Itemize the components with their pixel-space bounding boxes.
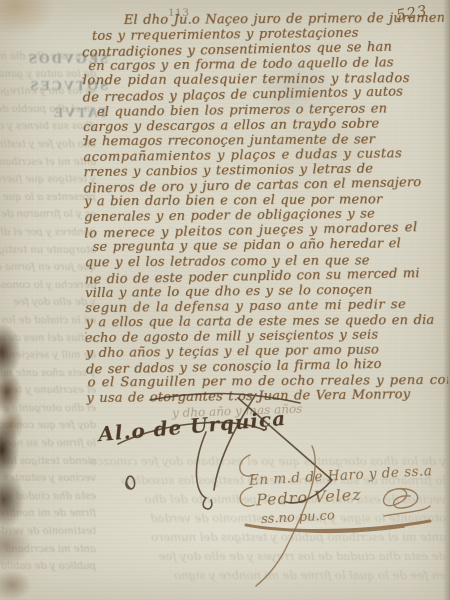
manuscript-line: El dho Ju.o Naçeo juro de primero de jur… [124, 11, 444, 28]
manuscript-text-block: El dho Ju.o Naçeo juro de primero de jur… [82, 10, 449, 407]
bleedthrough-line: de mill y seisçientos [0, 347, 96, 365]
bleedthrough-line: de esta dha ciudad de los rreyes y de el… [58, 547, 446, 566]
bleedthrough-line: el escribano y testigos [0, 382, 96, 400]
bleedthrough-line: doy fee que conozco [0, 417, 96, 435]
bleedthrough-line: lo firmo de su nonbre [0, 435, 96, 453]
bleedthrough-line: ello doy fee y testimonio [0, 136, 96, 154]
bleedthrough-line: que juro en forma de [0, 259, 96, 277]
manuscript-scan: { "colors": { "scan_background": "#fffff… [0, 0, 450, 600]
bleedthrough-line: nonbres y por el dho [0, 224, 96, 242]
manuscript-line: y a bien darlo bien e con el que por men… [84, 192, 446, 210]
bleedthrough-line: a dias del mes de agosto [0, 330, 96, 348]
manuscript-line: J.o el Sanguillen per mo de ocho rreales… [82, 373, 449, 391]
bleedthrough-line: y testigos que fueron [0, 171, 96, 189]
bleedthrough-line: ante mi el escribano publico y testigos … [58, 528, 446, 547]
bleedthrough-line: presentes a lo que dho [0, 189, 96, 207]
bleedthrough-line: y de ello doy fee [0, 294, 96, 312]
bleedthrough-line: en la ciudad de los rreyes [0, 312, 96, 330]
signature-right-block: En m.d de Haro y de ss.aPedro Velezss.no… [249, 461, 435, 531]
manuscript-line: de hemagos rreconoçen juntamente de ser [82, 131, 446, 149]
bleedthrough-line: el dho otorgante a quien [0, 400, 96, 418]
paper-sheet: SEGVDOSSOTVCESTATVE y en este dho dia me… [0, 0, 450, 600]
bleedthrough-line: derecho y lo conosce [0, 277, 96, 295]
manuscript-line: y a ellos que la carta de este mes se qu… [85, 313, 447, 331]
bleedthrough-line: en fee de lo qual lo firme de mi nonbre … [58, 566, 446, 585]
bleedthrough-line: es y lo firmaron de sus [0, 206, 96, 224]
bleedthrough-line: dhos sus bienes y de [0, 118, 96, 136]
bleedthrough-line: otorgante un testigo [0, 242, 96, 260]
bleedthrough-line: y seis años ante mi [0, 365, 96, 383]
bleedthrough-line: en el dho pueblo de los [0, 101, 96, 119]
bleedthrough-line: ante mi el escribano [0, 154, 96, 172]
